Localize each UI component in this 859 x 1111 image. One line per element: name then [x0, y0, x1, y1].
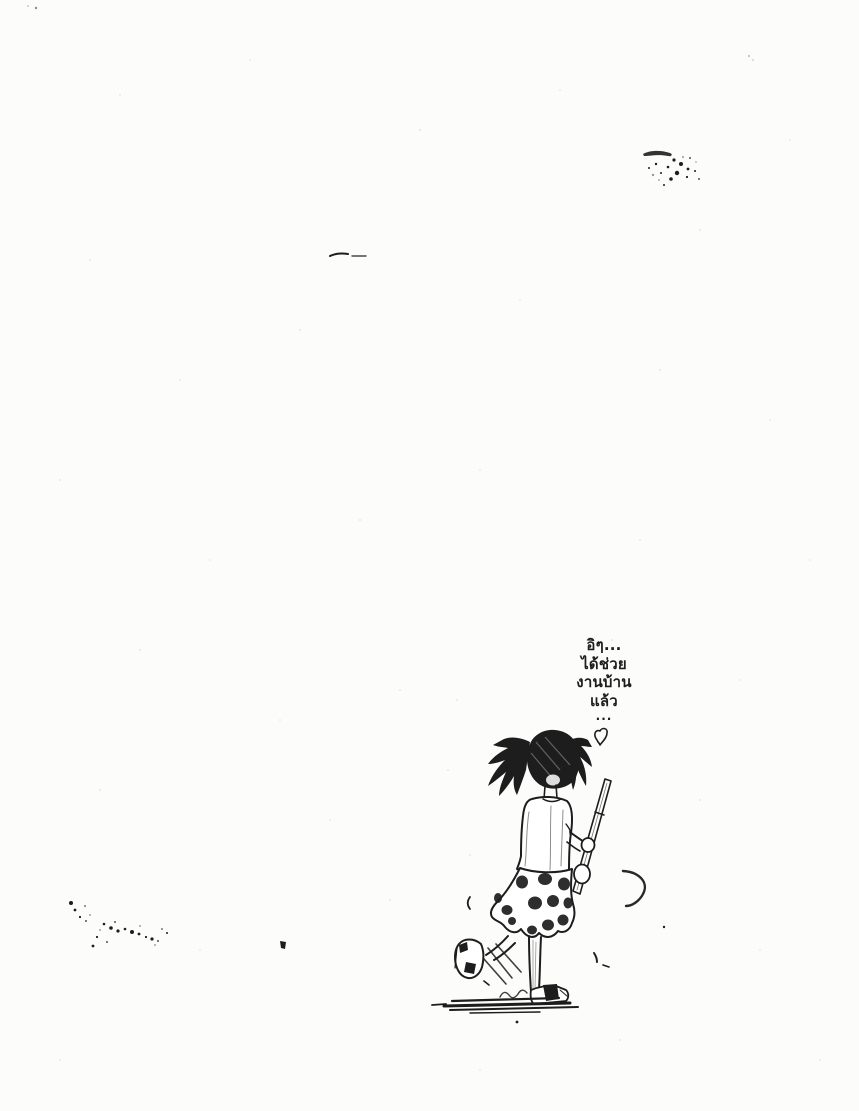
raised-leg	[455, 936, 515, 978]
ink-speck-trail-bottom-left	[69, 901, 168, 947]
speech-line-5: ...	[550, 710, 658, 723]
speech-line-3: งานบ้าน	[550, 673, 658, 692]
cheek	[546, 775, 560, 786]
speech-line-1: อิๆ...	[550, 636, 658, 655]
paper-noise	[59, 59, 821, 1071]
speech-line-2: ได้ช่วย	[550, 655, 658, 674]
speech-line-4: แล้ว	[550, 692, 658, 711]
heart-doodle-icon	[595, 729, 607, 745]
speech-text: อิๆ... ได้ช่วย งานบ้าน แล้ว ...	[550, 636, 658, 723]
shirt	[517, 797, 572, 874]
polka-dot-skirt	[491, 868, 574, 937]
pen-dash-marks	[330, 253, 366, 256]
ink-speck-top-left	[27, 5, 754, 61]
standing-leg	[529, 936, 568, 1004]
pigtail-left	[488, 738, 530, 796]
ink-smudge-top-right	[643, 151, 700, 186]
swoosh-mark	[623, 871, 645, 906]
sketch-illustration	[0, 0, 859, 1111]
girl-figure	[432, 730, 611, 1024]
ink-speck-single	[280, 941, 286, 949]
manga-page: { "page": { "background_color": "#fcfcfa…	[0, 0, 859, 1111]
hair-head	[527, 730, 580, 789]
